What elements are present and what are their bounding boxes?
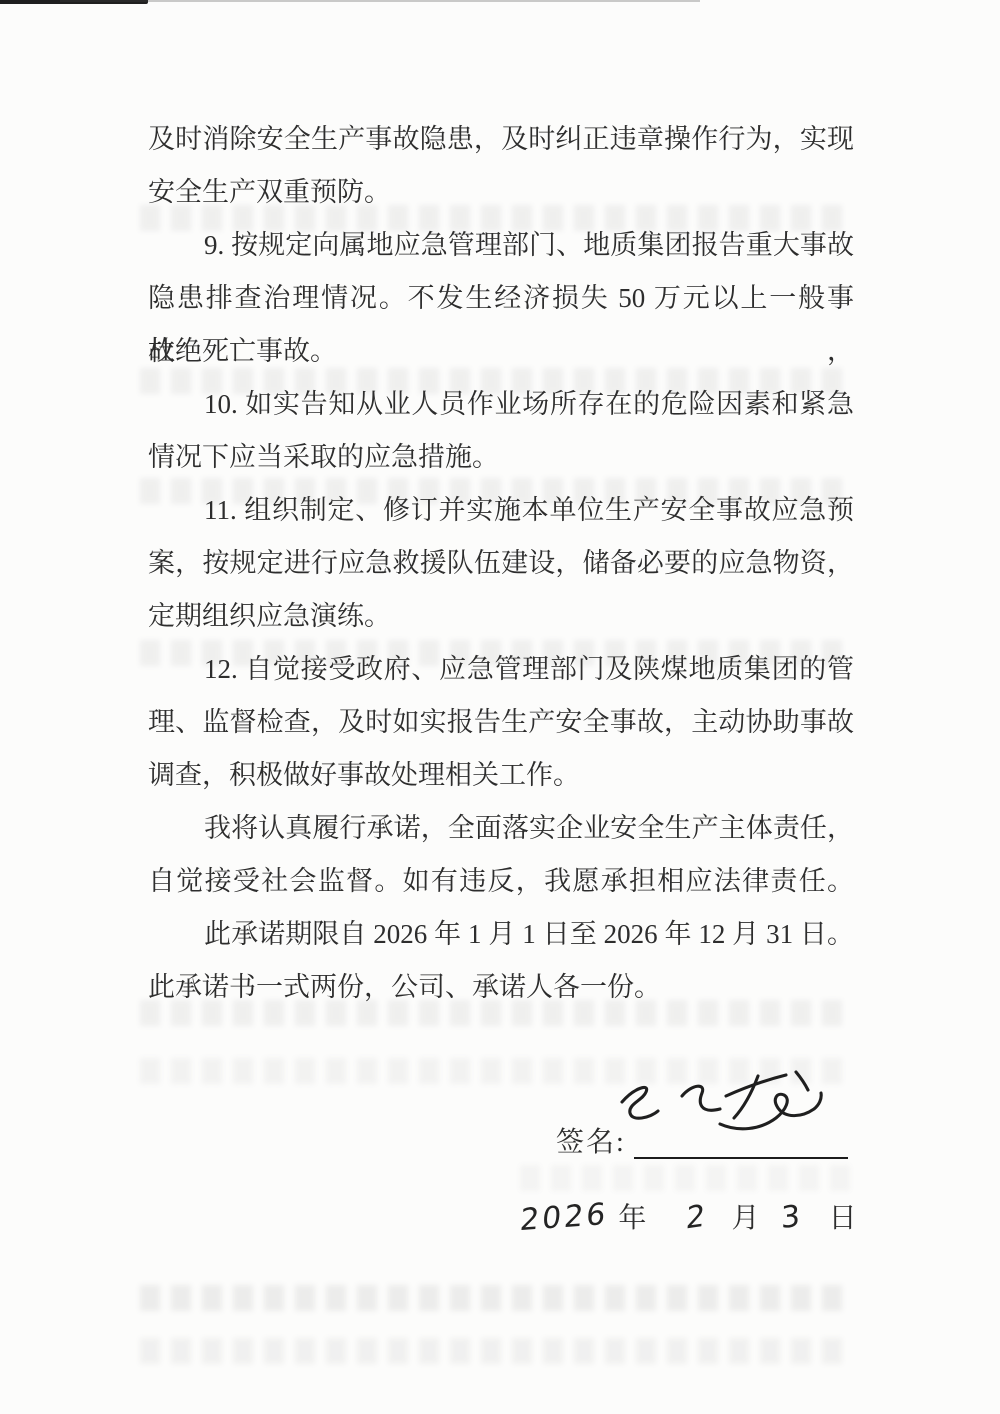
scanner-edge-smudge bbox=[60, 0, 700, 2]
text-line-clause-9: 9. 按规定向属地应急管理部门、地质集团报告重大事故 bbox=[148, 219, 854, 272]
date-year-value: 2026 bbox=[519, 1197, 610, 1238]
text-line: 情况下应当采取的应急措施。 bbox=[148, 431, 854, 484]
text-line-clause-11: 11. 组织制定、修订并实施本单位生产安全事故应急预 bbox=[148, 484, 854, 537]
text-line-clause-12: 12. 自觉接受政府、应急管理部门及陕煤地质集团的管 bbox=[148, 643, 854, 696]
text-line: 此承诺书一式两份，公司、承诺人各一份。 bbox=[148, 961, 854, 1014]
text-line: 调查，积极做好事故处理相关工作。 bbox=[148, 749, 854, 802]
text-line: 安全生产双重预防。 bbox=[148, 166, 854, 219]
text-line-pledge: 我将认真履行承诺，全面落实企业安全生产主体责任， bbox=[148, 802, 854, 855]
text-line: 自觉接受社会监督。如有违反，我愿承担相应法律责任。 bbox=[148, 855, 854, 908]
text-line: 案，按规定进行应急救援队伍建设，储备必要的应急物资， bbox=[148, 537, 854, 590]
date-day-value: 3 bbox=[782, 1199, 801, 1236]
text-line: 理、监督检查，及时如实报告生产安全事故，主动协助事故 bbox=[148, 696, 854, 749]
signature-handwriting bbox=[598, 1062, 848, 1162]
scanned-page: 及时消除安全生产事故隐患，及时纠正违章操作行为，实现 安全生产双重预防。 9. … bbox=[0, 0, 1000, 1414]
bleed-through-ghost bbox=[140, 1338, 852, 1364]
date-day-unit: 日 bbox=[829, 1196, 857, 1236]
text-line: 隐患排查治理情况。不发生经济损失 50 万元以上一般事故， bbox=[148, 272, 854, 325]
text-line-validity: 此承诺期限自 2026 年 1 月 1 日至 2026 年 12 月 31 日。 bbox=[148, 908, 854, 961]
text-line-clause-10: 10. 如实告知从业人员作业场所存在的危险因素和紧急 bbox=[148, 378, 854, 431]
text-line: 及时消除安全生产事故隐患，及时纠正违章操作行为，实现 bbox=[148, 113, 854, 166]
text-line: 定期组织应急演练。 bbox=[148, 590, 854, 643]
date-line: 2026 年 2 月 3 日 bbox=[520, 1196, 857, 1236]
date-month-unit: 月 bbox=[731, 1196, 759, 1236]
bleed-through-ghost bbox=[520, 1165, 850, 1191]
date-year-unit: 年 bbox=[618, 1196, 646, 1236]
document-body: 及时消除安全生产事故隐患，及时纠正违章操作行为，实现 安全生产双重预防。 9. … bbox=[148, 113, 854, 1014]
signature-underline bbox=[634, 1157, 848, 1159]
date-month-value: 2 bbox=[685, 1198, 706, 1236]
bleed-through-ghost bbox=[140, 1285, 852, 1311]
